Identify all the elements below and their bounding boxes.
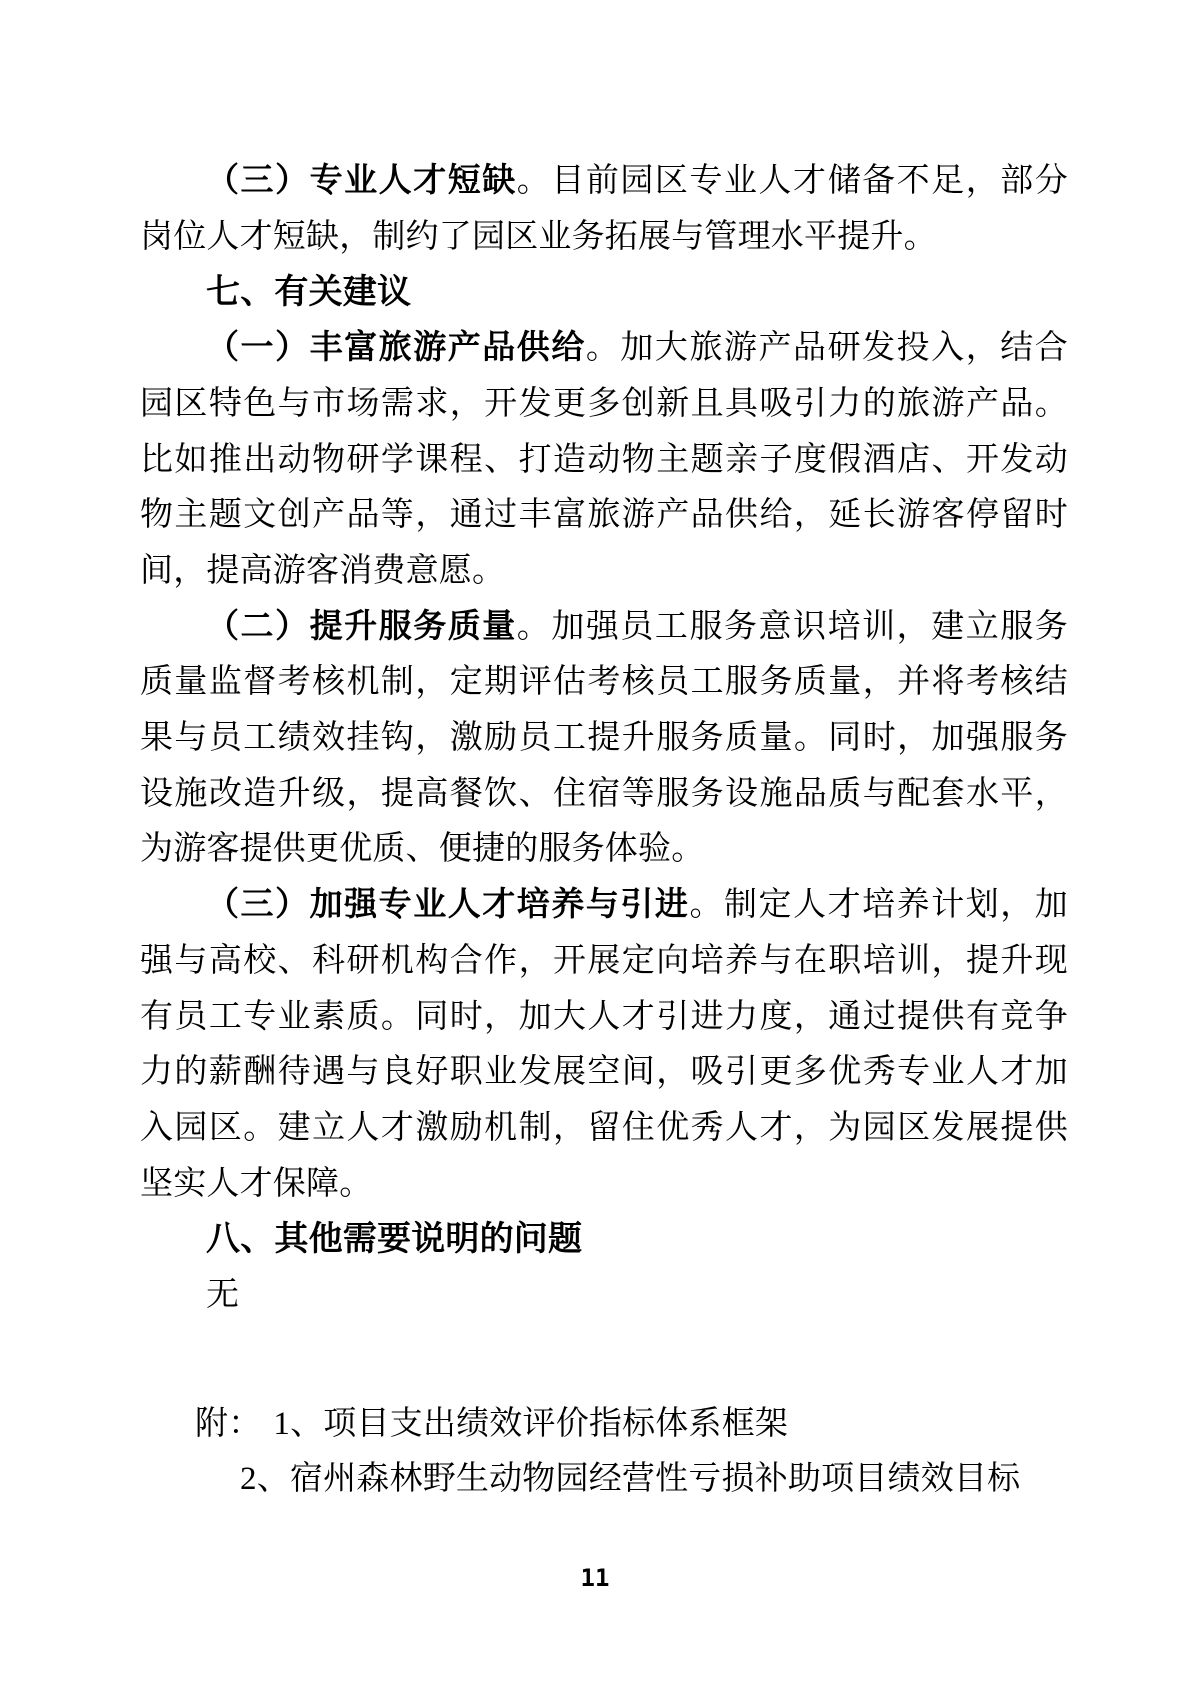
paragraph-none: 无: [140, 1268, 1068, 1324]
paragraph-suggestion-enrich-products: （一）丰富旅游产品供给。加大旅游产品研发投入，结合园区特色与市场需求，开发更多创…: [140, 321, 1068, 600]
paragraph-body-text: 。加强员工服务意识培训，建立服务质量监督考核机制，定期评估考核员工服务质量，并将…: [140, 609, 1068, 868]
attachment-line-1: 附：1、项目支出绩效评价指标体系框架: [140, 1397, 1068, 1453]
paragraph-body-text: 。制定人才培养计划，加强与高校、科研机构合作，开展定向培养与在职培训，提升现有员…: [140, 887, 1068, 1202]
attachment-line-2: 2、宿州森林野生动物园经营性亏损补助项目绩效目标: [140, 1452, 1068, 1508]
document-page: （三）专业人才短缺。目前园区专业人才储备不足，部分岗位人才短缺，制约了园区业务拓…: [0, 0, 1190, 1683]
paragraph-suggestion-service-quality: （二）提升服务质量。加强员工服务意识培训，建立服务质量监督考核机制，定期评估考核…: [140, 600, 1068, 879]
paragraph-bold-lead: （一）丰富旅游产品供给: [206, 330, 586, 366]
attachment-label: 附：: [195, 1406, 261, 1442]
page-number: 11: [0, 1564, 1190, 1592]
heading-section-eight-other-issues: 八、其他需要说明的问题: [140, 1212, 1068, 1268]
paragraph-issue-talent-shortage: （三）专业人才短缺。目前园区专业人才储备不足，部分岗位人才短缺，制约了园区业务拓…: [140, 154, 1068, 265]
paragraph-bold-lead: （三）专业人才短缺: [206, 163, 517, 199]
heading-section-seven-suggestions: 七、有关建议: [140, 265, 1068, 321]
document-body: （三）专业人才短缺。目前园区专业人才储备不足，部分岗位人才短缺，制约了园区业务拓…: [140, 154, 1068, 1508]
attachments-block: 附：1、项目支出绩效评价指标体系框架 2、宿州森林野生动物园经营性亏损补助项目绩…: [140, 1397, 1068, 1508]
paragraph-body-text: 。加大旅游产品研发投入，结合园区特色与市场需求，开发更多创新且具吸引力的旅游产品…: [140, 330, 1068, 589]
attachment-item-1: 1、项目支出绩效评价指标体系框架: [273, 1406, 788, 1442]
paragraph-bold-lead: （二）提升服务质量: [206, 609, 517, 645]
paragraph-bold-lead: （三）加强专业人才培养与引进: [206, 887, 689, 923]
paragraph-suggestion-talent-cultivation: （三）加强专业人才培养与引进。制定人才培养计划，加强与高校、科研机构合作，开展定…: [140, 878, 1068, 1212]
